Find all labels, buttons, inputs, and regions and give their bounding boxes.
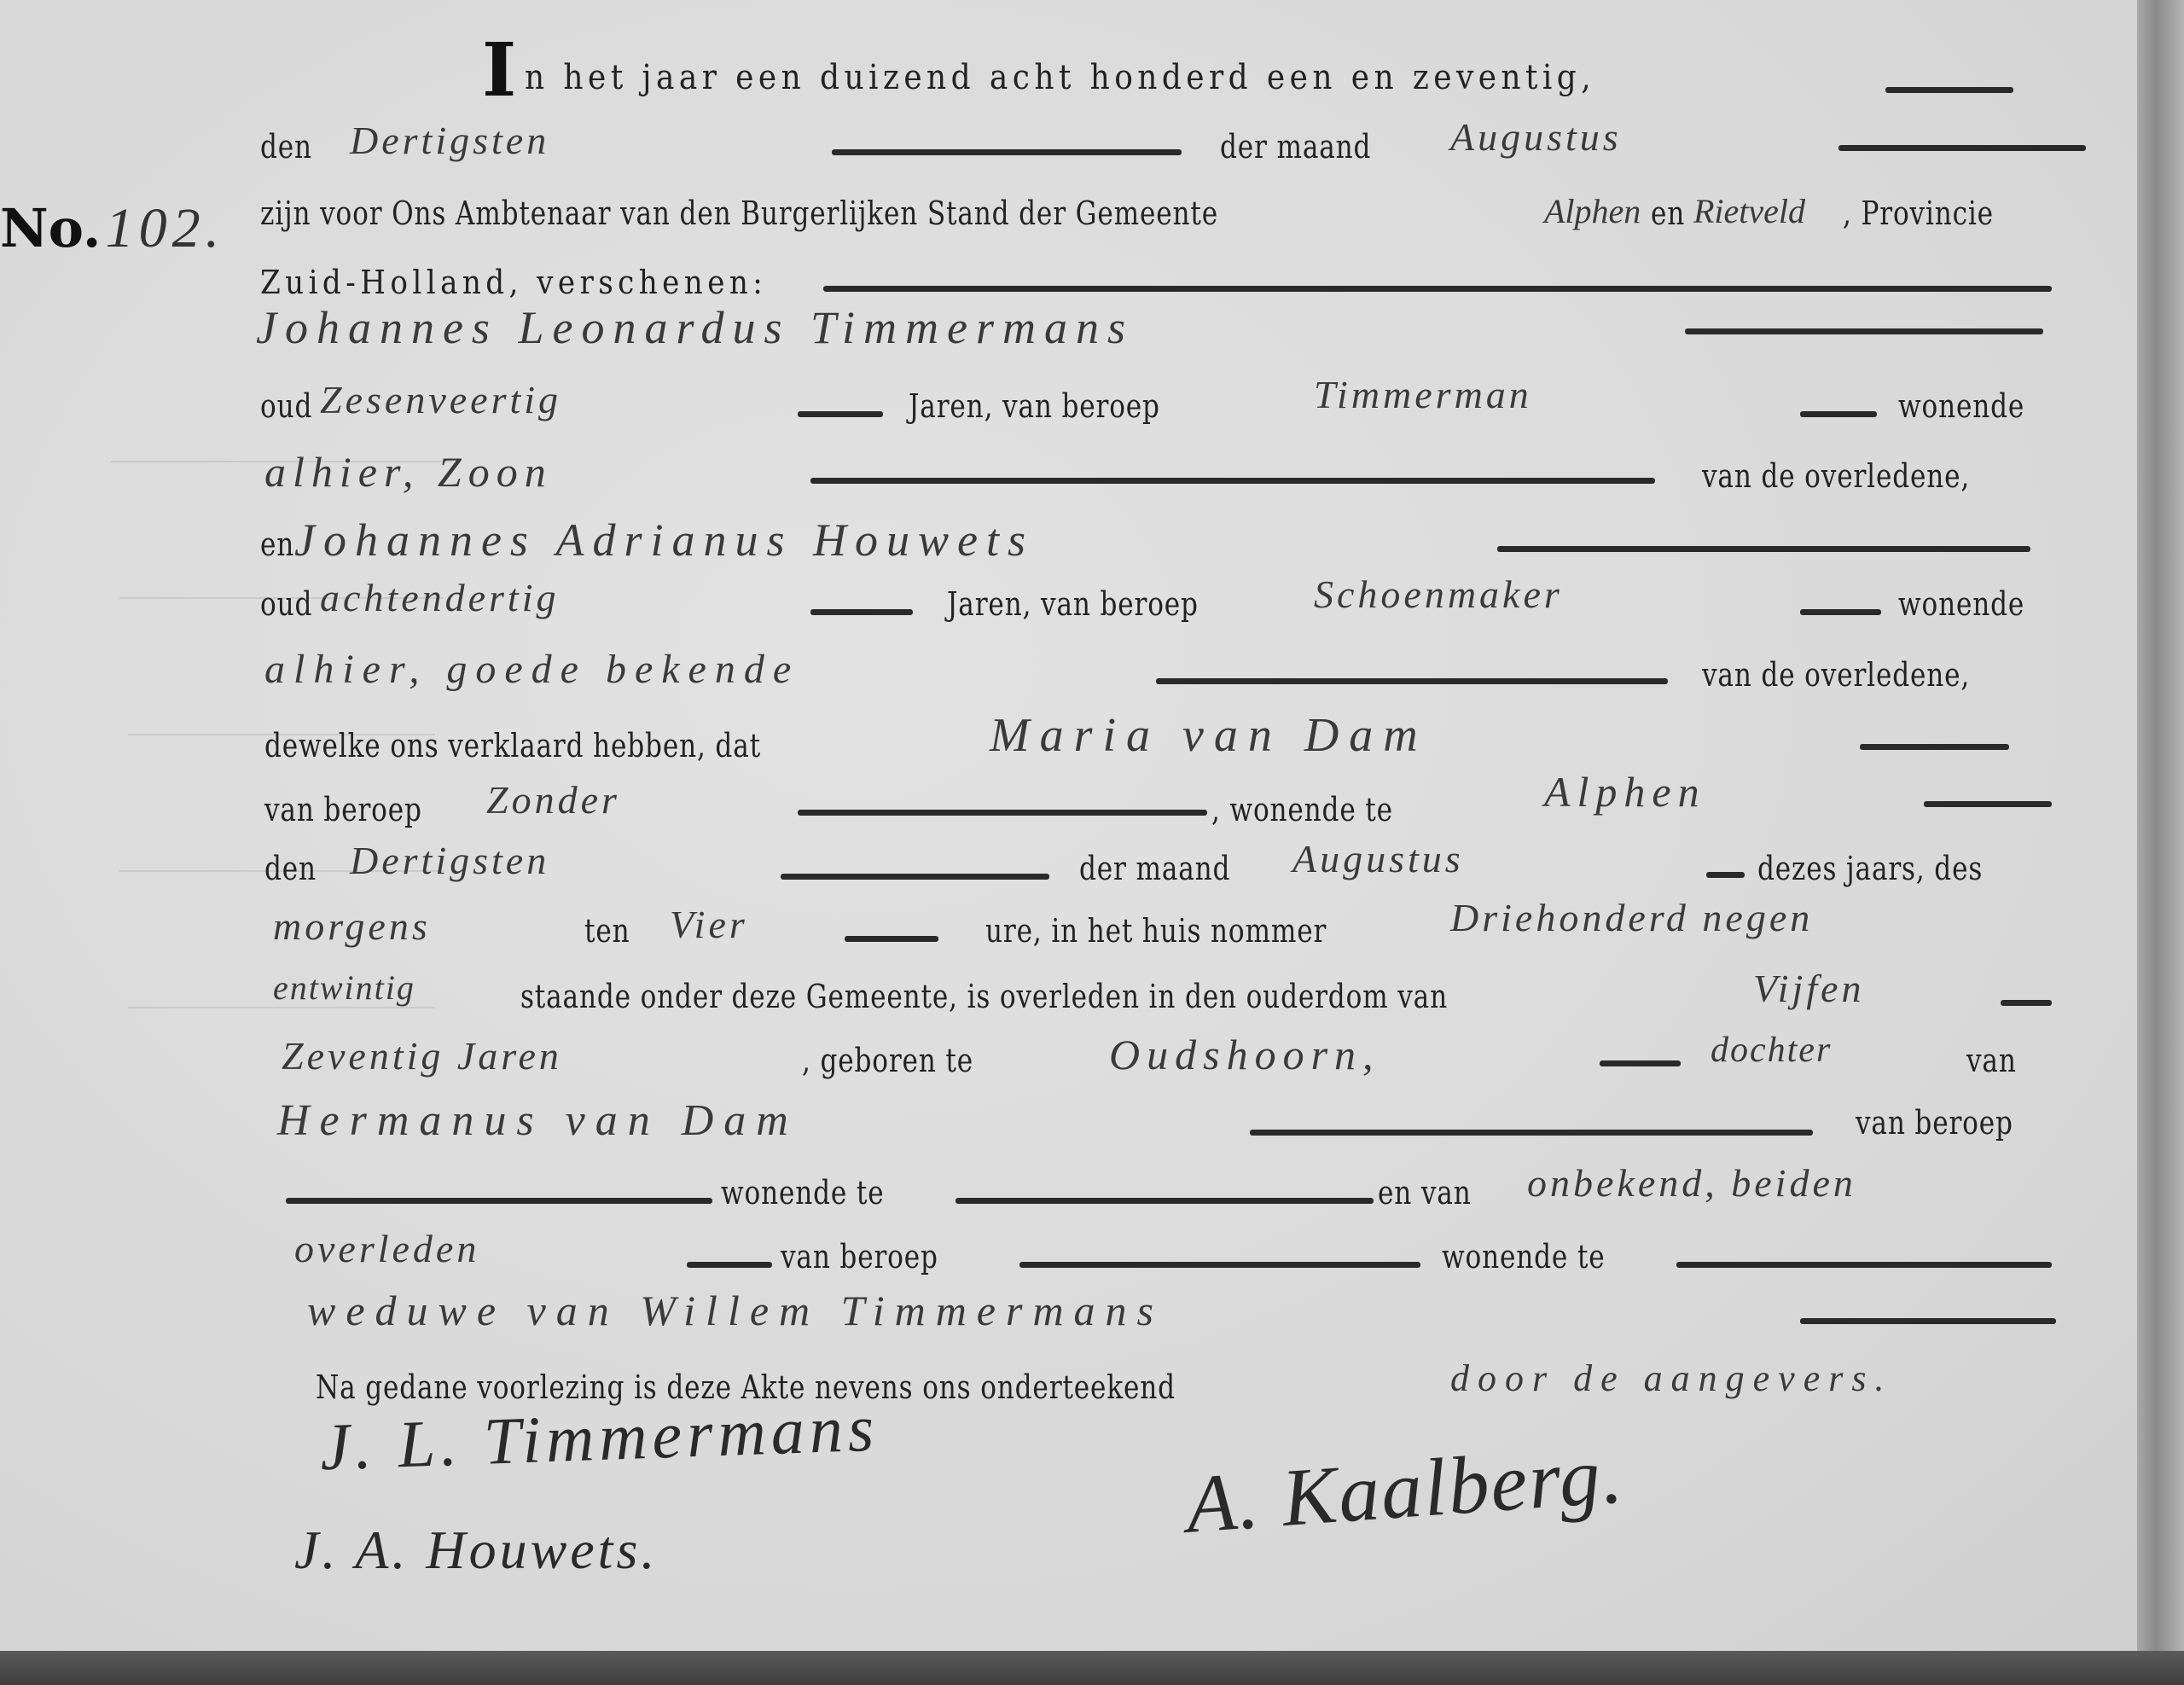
house-number: Driehonderd negen (1450, 895, 1813, 940)
line-1: I n het jaar een duizend acht honderd ee… (0, 43, 2137, 94)
fill-rule (1838, 145, 2086, 151)
signature-registrar: A. Kaalberg. (1183, 1426, 1627, 1552)
fill-rule (1019, 1262, 1420, 1268)
line-13: den Dertigsten der maand Augustus dezes … (0, 836, 2137, 887)
printed-text: staande onder deze Gemeente, is overlede… (520, 978, 1448, 1015)
printed-text: oud (260, 387, 312, 425)
fill-rule (1676, 1262, 2052, 1268)
fill-rule (687, 1262, 772, 1268)
fill-rule (2001, 1000, 2052, 1006)
line-5: Johannes Leonardus Timmermans (0, 294, 2137, 346)
line-2: den Dertigsten der maand Augustus (0, 111, 2137, 162)
signature-declarant-2: J. A. Houwets. (294, 1519, 658, 1582)
printed-text: van beroep (1856, 1104, 2013, 1142)
line-16: Zeventig Jaren , geboren te Oudshoorn, d… (0, 1028, 2137, 1079)
fill-rule (798, 411, 883, 417)
age-of-deceased: Vijfen (1753, 966, 1864, 1011)
printed-text: van de overledene, (1702, 457, 1970, 495)
death-month: Augustus (1292, 836, 1464, 881)
line-12: van beroep Zonder , wonende te Alphen (0, 772, 2137, 823)
declarant-2-occupation: Schoenmaker (1314, 572, 1563, 617)
death-day: Dertigsten (350, 838, 549, 883)
age-of-deceased-cont: Zeventig Jaren (282, 1033, 562, 1078)
fill-rule (1497, 546, 2030, 552)
printed-text: der maand (1079, 850, 1230, 887)
fill-rule (810, 478, 1655, 484)
line-7: alhier, Zoon van de overledene, (0, 444, 2137, 495)
line-10: alhier, goede bekende van de overledene, (0, 644, 2137, 695)
certificate-page: No. 102. I n het jaar een duizend acht h… (0, 0, 2137, 1651)
printed-text: dewelke ons verklaard hebben, dat (264, 727, 761, 764)
fill-rule (1800, 609, 1881, 615)
deceased-name: Maria van Dam (990, 708, 1428, 763)
printed-text: ure, in het huis nommer (985, 912, 1327, 950)
fill-rule (1706, 872, 1745, 878)
fill-rule (1800, 411, 1877, 417)
municipality-part-2: Rietveld (1693, 191, 1805, 231)
printed-text: van beroep (264, 791, 422, 828)
fill-rule (1885, 87, 2013, 93)
line-20: weduwe van Willem Timmermans (0, 1284, 2137, 1335)
printed-text: van beroep (781, 1238, 938, 1275)
fill-rule (1156, 678, 1668, 684)
printed-text: dezes jaars, des (1757, 850, 1983, 887)
handwritten-day: Dertigsten (350, 118, 549, 163)
declarant-2-name: Johannes Adrianus Houwets (294, 514, 1034, 567)
father-name: Hermanus van Dam (277, 1095, 799, 1146)
house-number-cont: entwintig (273, 967, 415, 1008)
declarant-2-residence-relation: alhier, goede bekende (264, 646, 799, 693)
fill-rule (781, 874, 1049, 880)
line-3: zijn voor Ons Ambtenaar van den Burgerli… (0, 179, 2137, 230)
line-19: overleden van beroep wonende te (0, 1224, 2137, 1275)
line-15: entwintig staande onder deze Gemeente, i… (0, 964, 2137, 1015)
printed-text: den (264, 850, 317, 887)
time-of-day: morgens (273, 904, 431, 949)
declarant-1-name: Johannes Leonardus Timmermans (256, 301, 1134, 354)
signed-by-note: door de aangevers. (1450, 1357, 1893, 1400)
printed-text: en (260, 526, 294, 563)
printed-text: wonende (1898, 585, 2024, 623)
mother-name: onbekend, beiden (1527, 1160, 1856, 1206)
municipality-part-1: Alphen (1544, 191, 1641, 231)
initial-letter: I (482, 27, 516, 113)
deceased-residence: Alphen (1544, 767, 1706, 816)
printed-text: zijn voor Ons Ambtenaar van den Burgerli… (260, 195, 1218, 232)
fill-rule (810, 609, 913, 615)
fill-rule (1860, 744, 2009, 750)
fill-rule (845, 936, 938, 942)
fill-rule (286, 1198, 712, 1204)
deceased-occupation: Zonder (486, 777, 620, 822)
fill-rule (823, 286, 2052, 292)
declarant-2-age: achtendertig (320, 575, 560, 620)
line-18: wonende te en van onbekend, beiden (0, 1160, 2137, 1211)
book-binding-edge (2137, 0, 2184, 1685)
line-9: oud achtendertig Jaren, van beroep Schoe… (0, 572, 2137, 623)
parents-status: overleden (294, 1226, 479, 1271)
line-21: Na gedane voorlezing is deze Akte nevens… (0, 1357, 2137, 1408)
fill-rule (955, 1198, 1374, 1204)
declarant-1-occupation: Timmerman (1314, 372, 1532, 417)
fill-rule (1250, 1130, 1813, 1136)
line-11: dewelke ons verklaard hebben, dat Maria … (0, 708, 2137, 759)
printed-text: wonende te (1442, 1238, 1605, 1275)
printed-text: Jaren, van beroep (947, 585, 1199, 623)
printed-text: , Provincie (1843, 195, 1994, 232)
fill-rule (1924, 801, 2052, 807)
printed-text: Jaren, van beroep (909, 387, 1160, 425)
opening-text: n het jaar een duizend acht honderd een … (525, 58, 1595, 97)
printed-text: den (260, 128, 312, 166)
printed-text: ten (584, 912, 630, 950)
handwritten-month: Augustus (1450, 114, 1622, 160)
printed-text: van (1966, 1042, 2017, 1079)
fill-rule (1600, 1060, 1681, 1066)
printed-text: oud (260, 585, 312, 623)
printed-text: en van (1378, 1174, 1472, 1211)
page-bottom-shadow (0, 1651, 2184, 1685)
fill-rule (1800, 1318, 2056, 1324)
printed-text: wonende (1898, 387, 2024, 425)
line-8: en Johannes Adrianus Houwets (0, 512, 2137, 563)
declarant-1-residence-relation: alhier, Zoon (264, 447, 553, 497)
fill-rule (832, 149, 1182, 155)
line-6: oud Zesenveertig Jaren, van beroep Timme… (0, 375, 2137, 427)
printed-text: van de overledene, (1702, 656, 1970, 694)
fill-rule (1685, 328, 2043, 334)
printed-text: der maand (1220, 128, 1371, 166)
death-hour: Vier (670, 902, 748, 947)
birthplace: Oudshoorn, (1109, 1030, 1380, 1079)
fill-rule (798, 810, 1207, 816)
declarant-1-age: Zesenveertig (320, 377, 561, 422)
spouse-status: weduwe van Willem Timmermans (307, 1286, 1164, 1335)
printed-text: , geboren te (802, 1042, 973, 1079)
printed-text: en (1651, 195, 1685, 232)
printed-text: wonende te (721, 1174, 884, 1211)
relation-daughter: dochter (1711, 1030, 1832, 1071)
line-14: morgens ten Vier ure, in het huis nommer… (0, 900, 2137, 951)
line-17: Hermanus van Dam van beroep (0, 1092, 2137, 1143)
printed-text: , wonende te (1211, 791, 1393, 828)
